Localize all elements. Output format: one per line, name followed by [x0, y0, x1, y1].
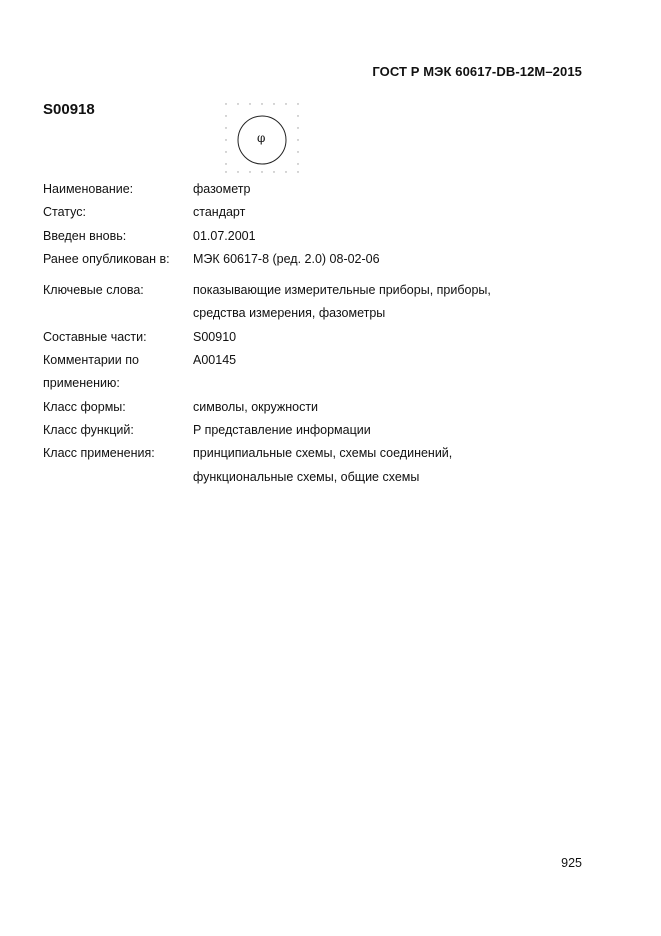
field-application-notes: Комментарии по A00145: [43, 349, 603, 372]
field-application-notes-cont: применению:: [43, 372, 603, 395]
field-name: Наименование: фазометр: [43, 178, 603, 201]
phi-glyph: φ: [257, 131, 265, 145]
field-application-class: Класс применения: принципиальные схемы, …: [43, 442, 603, 465]
document-header: ГОСТ Р МЭК 60617-DB-12M–2015: [372, 64, 582, 79]
field-components: Составные части: S00910: [43, 326, 603, 349]
field-shape-class: Класс формы: символы, окружности: [43, 396, 603, 419]
field-previously-published: Ранее опубликован в: МЭК 60617-8 (ред. 2…: [43, 248, 603, 271]
symbol-code: S00918: [43, 101, 95, 118]
field-function-class: Класс функций: P представление информаци…: [43, 419, 603, 442]
field-introduced: Введен вновь: 01.07.2001: [43, 225, 603, 248]
symbol-properties: Наименование: фазометр Статус: стандарт …: [43, 178, 603, 489]
field-status: Статус: стандарт: [43, 201, 603, 224]
phasemeter-circle-icon: φ: [224, 102, 300, 174]
field-application-class-cont: функциональные схемы, общие схемы: [43, 466, 603, 489]
field-keywords: Ключевые слова: показывающие измерительн…: [43, 279, 603, 302]
field-keywords-cont: средства измерения, фазометры: [43, 302, 603, 325]
page-number: 925: [561, 856, 582, 870]
